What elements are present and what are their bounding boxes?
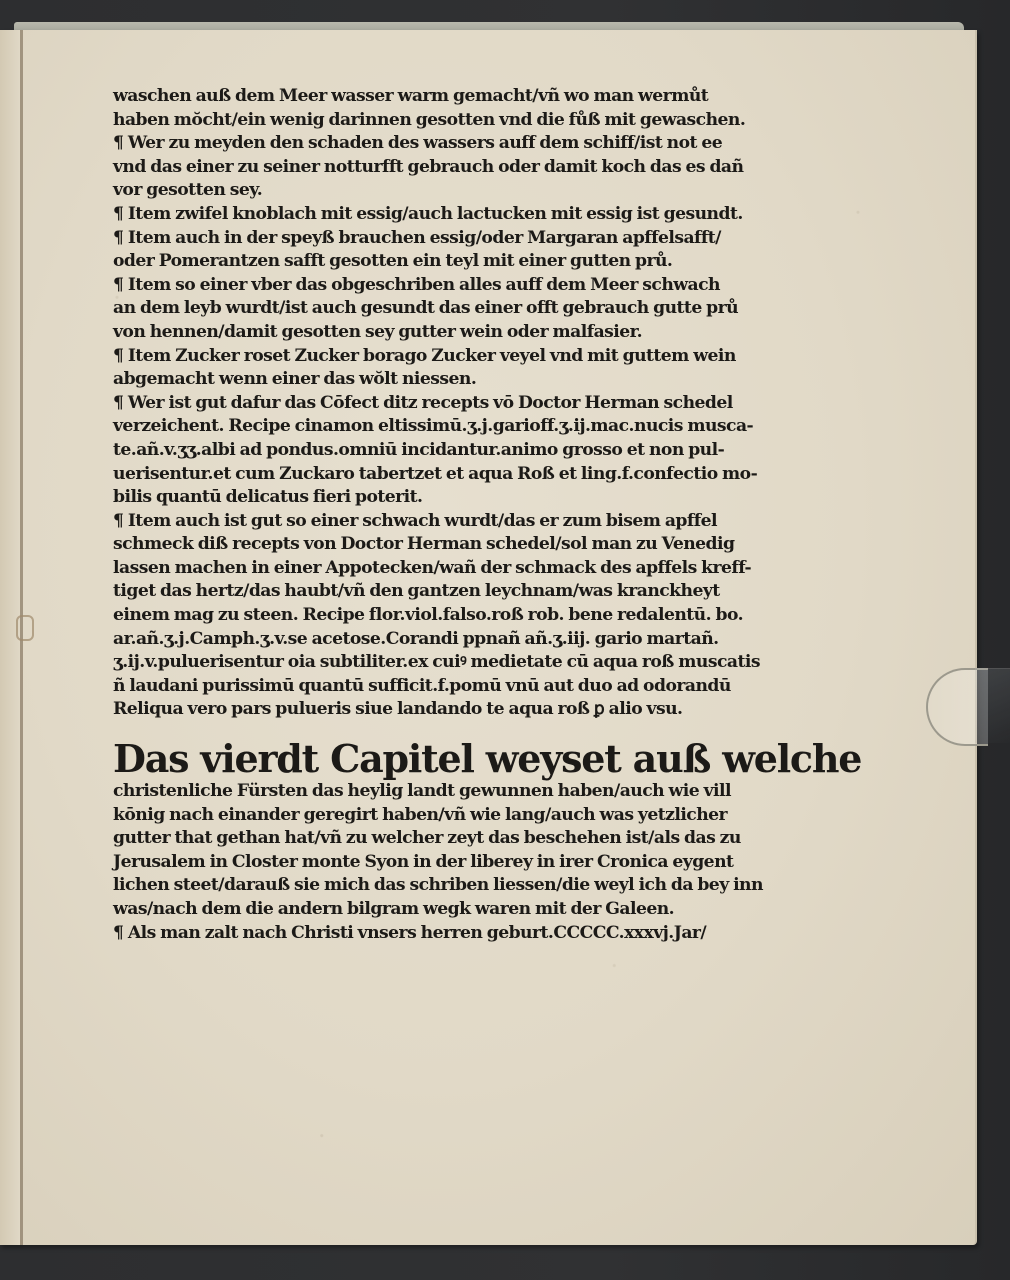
text-line: lassen machen in einer Appotecken/wañ de… [113,557,855,581]
text-line: te.añ.v.ʒʒ.albi ad pondus.omniū incidant… [113,439,855,463]
text-line: Reliqua vero pars pulueris siue landando… [113,698,855,722]
text-line: haben mŏcht/ein wenig darinnen gesotten … [113,109,855,133]
text-line: kōnig nach einander geregirt haben/vñ wi… [113,804,855,828]
text-line: gutter that gethan hat/vñ zu welcher zey… [113,827,855,851]
text-line: waschen auß dem Meer wasser warm gemacht… [113,85,855,109]
text-line: an dem leyb wurdt/ist auch gesundt das e… [113,297,855,321]
binding-stitch [16,615,34,641]
text-line: tiget das hertz/das haubt/vñ den gantzen… [113,580,855,604]
text-line: ¶ Item auch ist gut so einer schwach wur… [113,510,855,534]
plastic-page-clip-overhang [975,668,1010,743]
text-line: christenliche Fürsten das heylig landt g… [113,780,855,804]
page-text-block: waschen auß dem Meer wasser warm gemacht… [113,85,855,945]
text-line: vor gesotten sey. [113,179,855,203]
text-line: abgemacht wenn einer das wŏlt niessen. [113,368,855,392]
text-line: ¶ Item so einer vber das obgeschriben al… [113,274,855,298]
text-line: ¶ Wer ist gut dafur das Cōfect ditz rece… [113,392,855,416]
text-line: schmeck diß recepts von Doctor Herman sc… [113,533,855,557]
text-line: bilis quantū delicatus fieri poterit. [113,486,855,510]
text-line: ¶ Item zwifel knoblach mit essig/auch la… [113,203,855,227]
text-line: uerisentur.et cum Zuckaro tabertzet et a… [113,463,855,487]
chapter-heading: Das vierdt Capitel weyset auß welche [113,738,855,780]
text-line: ¶ Item Zucker roset Zucker borago Zucker… [113,345,855,369]
text-line: ar.añ.ʒ.j.Camph.ʒ.v.se acetose.Corandi p… [113,628,855,652]
text-line: was/nach dem die andern bilgram wegk war… [113,898,855,922]
text-line: oder Pomerantzen safft gesotten ein teyl… [113,250,855,274]
text-line: lichen steet/darauß sie mich das schribe… [113,874,855,898]
text-line: ñ laudani purissimū quantū sufficit.f.po… [113,675,855,699]
text-line: ¶ Wer zu meyden den schaden des wassers … [113,132,855,156]
text-line: vnd das einer zu seiner notturfft gebrau… [113,156,855,180]
book-page: waschen auß dem Meer wasser warm gemacht… [0,30,977,1245]
text-line: Jerusalem in Closter monte Syon in der l… [113,851,855,875]
text-line: einem mag zu steen. Recipe flor.viol.fal… [113,604,855,628]
text-line: von hennen/damit gesotten sey gutter wei… [113,321,855,345]
text-line: ʒ.ij.v.puluerisentur oia subtiliter.ex c… [113,651,855,675]
text-line: verzeichent. Recipe cinamon eltissimū.ʒ.… [113,415,855,439]
text-line: ¶ Als man zalt nach Christi vnsers herre… [113,922,855,946]
text-line: ¶ Item auch in der speyß brauchen essig/… [113,227,855,251]
